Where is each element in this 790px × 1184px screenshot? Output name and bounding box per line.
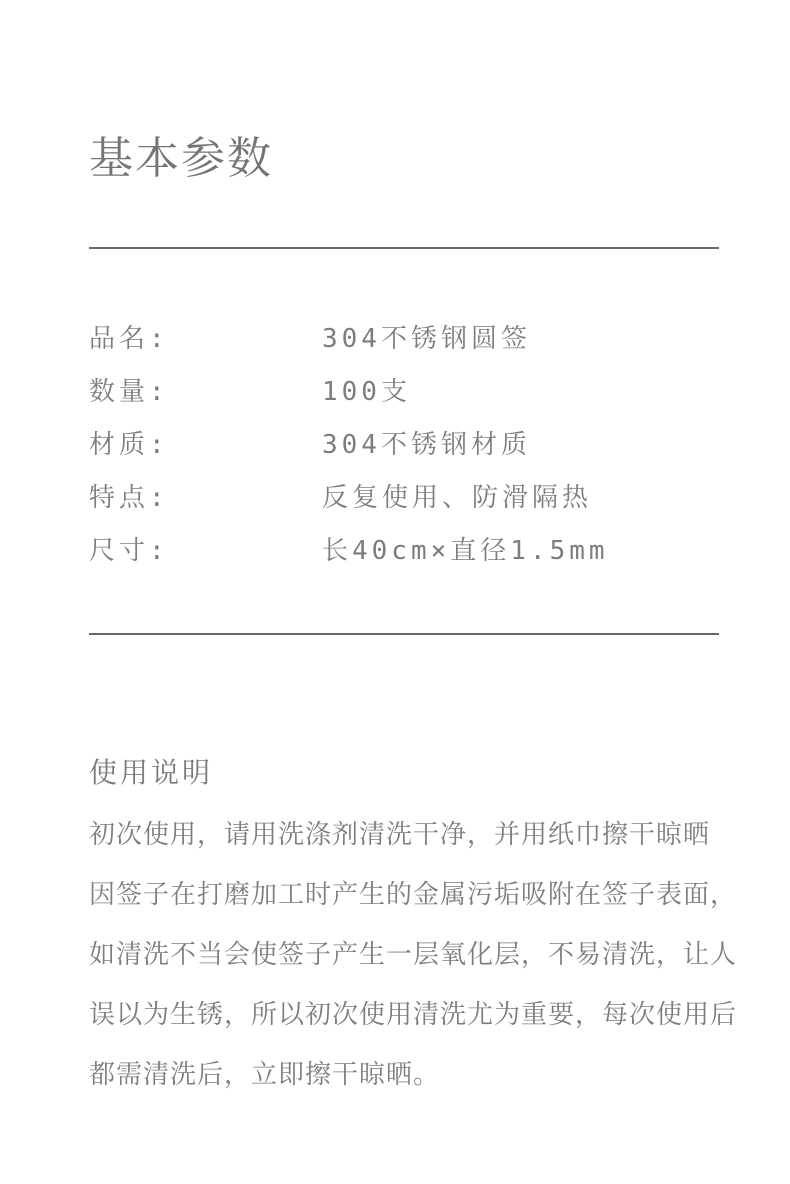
param-label: 材质:: [89, 424, 322, 461]
usage-line: 如清洗不当会使签子产生一层氧化层，不易清洗，让人: [89, 925, 725, 985]
param-row-size: 尺寸: 长40cm×直径1.5mm: [89, 522, 725, 575]
param-label: 品名:: [89, 318, 322, 355]
params-table: 品名: 304不锈钢圆签 数量: 100支 材质: 304不锈钢材质 特点: 反…: [89, 310, 725, 575]
divider-top: [89, 247, 719, 249]
usage-line: 误以为生锈，所以初次使用清洗尤为重要，每次使用后: [89, 985, 725, 1045]
param-label: 数量:: [89, 371, 322, 408]
param-row-quantity: 数量: 100支: [89, 363, 725, 416]
product-detail-page: 基本参数 品名: 304不锈钢圆签 数量: 100支 材质: 304不锈钢材质 …: [0, 0, 790, 1184]
param-row-material: 材质: 304不锈钢材质: [89, 416, 725, 469]
param-value: 反复使用、防滑隔热: [322, 477, 725, 514]
usage-line: 初次使用，请用洗涤剂清洗干净，并用纸巾擦干晾晒: [89, 805, 725, 865]
usage-instructions-text: 初次使用，请用洗涤剂清洗干净，并用纸巾擦干晾晒 因签子在打磨加工时产生的金属污垢…: [89, 805, 725, 1105]
param-label: 特点:: [89, 477, 322, 514]
param-row-name: 品名: 304不锈钢圆签: [89, 310, 725, 363]
param-value: 304不锈钢材质: [322, 424, 725, 461]
basic-params-title: 基本参数: [89, 0, 725, 187]
param-label: 尺寸:: [89, 530, 322, 567]
param-value: 304不锈钢圆签: [322, 318, 725, 355]
divider-bottom: [89, 633, 719, 635]
usage-line: 因签子在打磨加工时产生的金属污垢吸附在签子表面，: [89, 865, 725, 925]
param-value: 长40cm×直径1.5mm: [322, 530, 725, 567]
usage-instructions-title: 使用说明: [89, 755, 725, 791]
param-row-features: 特点: 反复使用、防滑隔热: [89, 469, 725, 522]
usage-line: 都需清洗后，立即擦干晾晒。: [89, 1045, 725, 1105]
param-value: 100支: [322, 371, 725, 408]
